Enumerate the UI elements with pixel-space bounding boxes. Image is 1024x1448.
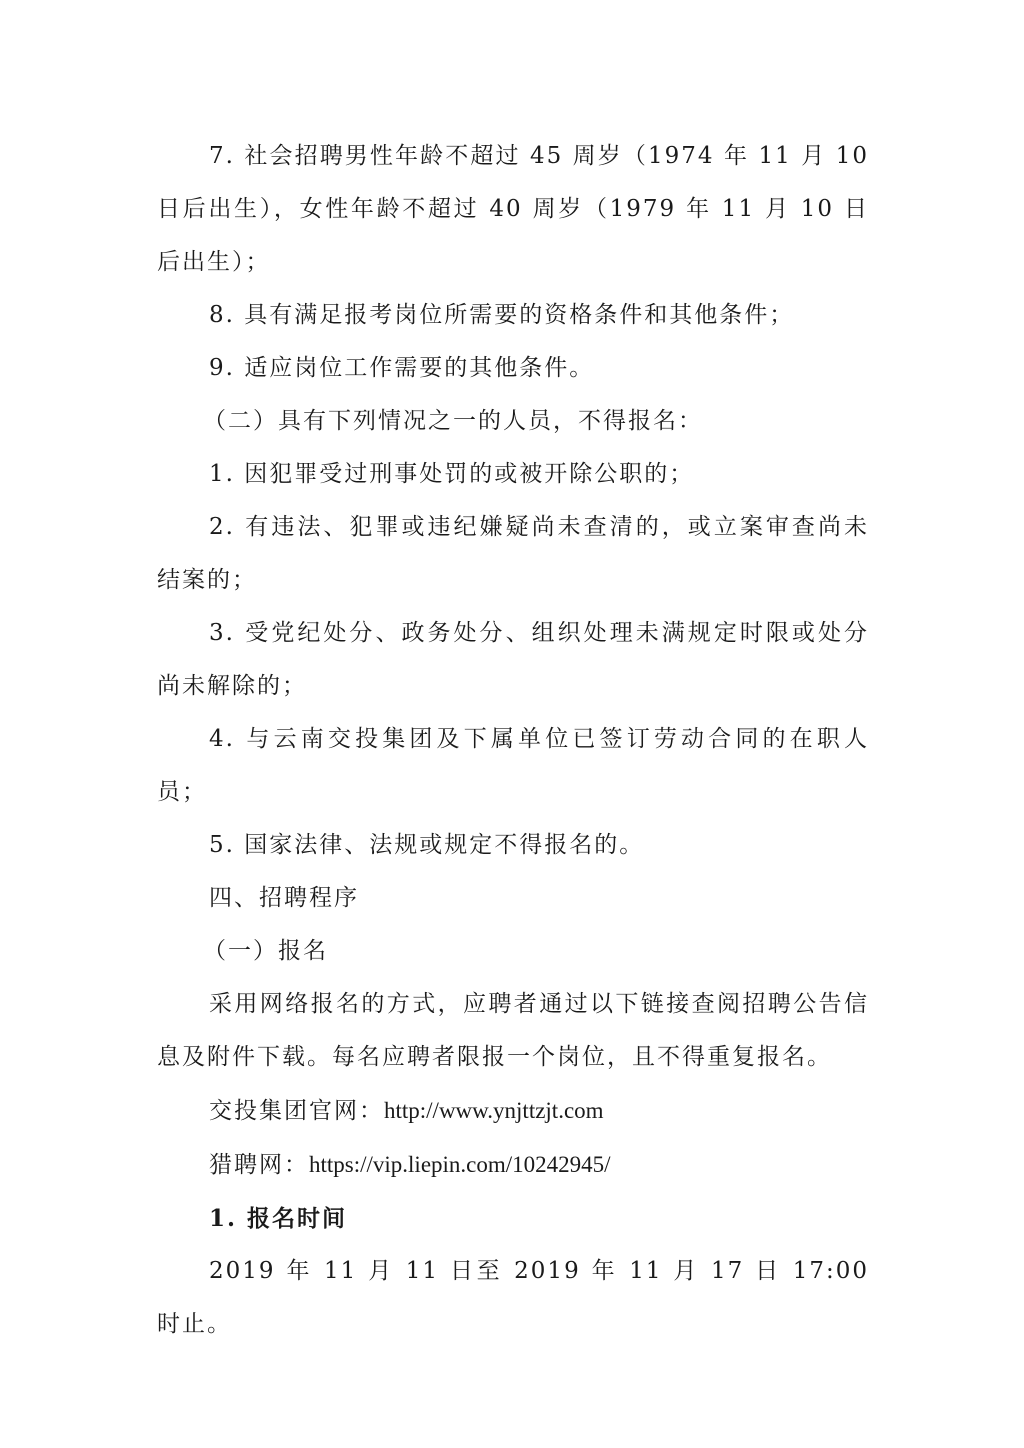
group-website-link[interactable]: http://www.ynjttzjt.com (384, 1098, 604, 1123)
exclusion-1: 1. 因犯罪受过刑事处罚的或被开除公职的； (157, 448, 869, 501)
requirement-7: 7. 社会招聘男性年龄不超过 45 周岁（1974 年 11 月 10 日后出生… (157, 130, 869, 289)
exclusion-4: 4. 与云南交投集团及下属单位已签订劳动合同的在职人员； (157, 713, 869, 819)
document-page: 7. 社会招聘男性年龄不超过 45 周岁（1974 年 11 月 10 日后出生… (157, 130, 869, 1351)
liepin-label: 猎聘网： (209, 1152, 309, 1178)
registration-method: 采用网络报名的方式，应聘者通过以下链接查阅招聘公告信息及附件下载。每名应聘者限报… (157, 978, 869, 1084)
exclusion-section-heading: （二）具有下列情况之一的人员，不得报名： (157, 395, 869, 448)
group-website-line: 交投集团官网：http://www.ynjttzjt.com (157, 1084, 869, 1138)
requirement-8: 8. 具有满足报考岗位所需要的资格条件和其他条件； (157, 289, 869, 342)
exclusion-5: 5. 国家法律、法规或规定不得报名的。 (157, 819, 869, 872)
exclusion-2: 2. 有违法、犯罪或违纪嫌疑尚未查清的，或立案审查尚未结案的； (157, 501, 869, 607)
requirement-9: 9. 适应岗位工作需要的其他条件。 (157, 342, 869, 395)
registration-time-text: 2019 年 11 月 11 日至 2019 年 11 月 17 日 17:00… (157, 1245, 869, 1351)
liepin-line: 猎聘网：https://vip.liepin.com/10242945/ (157, 1138, 869, 1192)
recruitment-procedure-heading: 四、招聘程序 (157, 872, 869, 925)
group-website-label: 交投集团官网： (209, 1098, 384, 1124)
exclusion-3: 3. 受党纪处分、政务处分、组织处理未满规定时限或处分尚未解除的； (157, 607, 869, 713)
registration-time-heading: 1. 报名时间 (157, 1192, 869, 1245)
liepin-link[interactable]: https://vip.liepin.com/10242945/ (309, 1152, 611, 1177)
registration-subheading: （一）报名 (157, 925, 869, 978)
